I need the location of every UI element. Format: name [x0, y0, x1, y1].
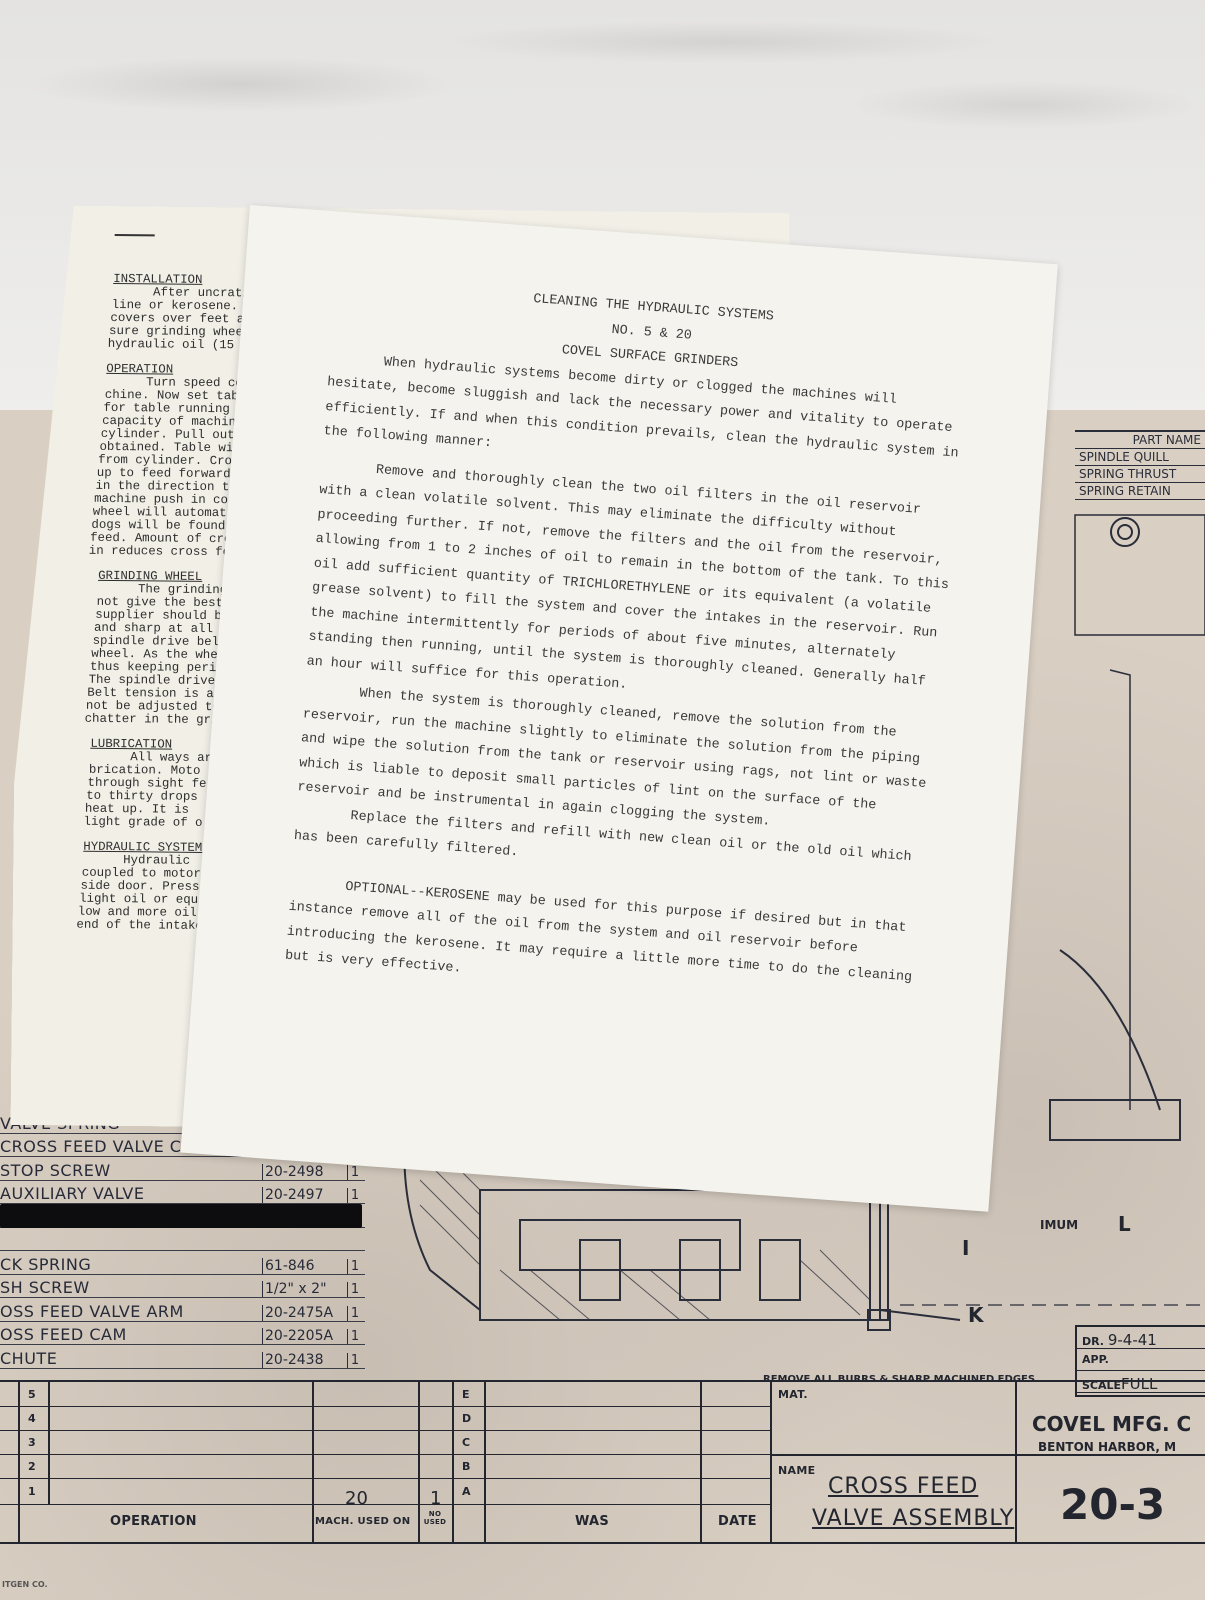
no-used-label: NO USED [420, 1510, 450, 1526]
cleaning-body: CLEANING THE HYDRAULIC SYSTEMS NO. 5 & 2… [284, 273, 973, 1015]
part-number: 20-2475A [262, 1305, 347, 1321]
rev-number: 3 [28, 1436, 36, 1449]
was-label: WAS [575, 1514, 609, 1529]
table-row: AUXILIARY VALVE20-24971 [0, 1181, 365, 1205]
mat-label: MAT. [778, 1388, 808, 1401]
rev-number: 2 [28, 1460, 36, 1473]
callout-i: I [962, 1236, 969, 1260]
part-name-list: PART NAME SPINDLE QUILL SPRING THRUST SP… [1075, 430, 1205, 500]
part-qty: 1 [347, 1306, 362, 1321]
drawn-date: DR. 9-4-41 [1077, 1327, 1205, 1349]
table-row: SH SCREW1/2" x 2"1 [0, 1275, 365, 1299]
table-row: CK SPRING61-8461 [0, 1251, 365, 1275]
part-name: OSS FEED VALVE ARM [0, 1302, 262, 1321]
part-qty: 1 [347, 1282, 362, 1297]
dash-mark [115, 234, 155, 236]
redaction-bar [0, 1204, 362, 1228]
mach-used-on-value: 20 [345, 1488, 368, 1509]
company-location: BENTON HARBOR, M [1038, 1440, 1176, 1454]
callout-mum: IMUM [1040, 1218, 1078, 1232]
rev-letter: E [462, 1388, 470, 1401]
part-qty: 1 [347, 1329, 362, 1344]
no-used-value: 1 [430, 1488, 441, 1509]
date-label: DATE [718, 1514, 757, 1529]
part-number: 20-2438 [262, 1352, 347, 1368]
part-number: 1/2" x 2" [262, 1281, 347, 1297]
rev-letter: D [462, 1412, 471, 1425]
operation-label: OPERATION [110, 1514, 197, 1529]
part-number: 20-2205A [262, 1328, 347, 1344]
part-number: 61-846 [262, 1258, 347, 1274]
rev-letter: C [462, 1436, 470, 1449]
rev-number: 5 [28, 1388, 36, 1401]
table-row: OSS FEED VALVE ARM20-2475A1 [0, 1298, 365, 1322]
part-name: AUXILIARY VALVE [0, 1184, 262, 1203]
mach-used-on-label: MACH. USED ON [315, 1516, 410, 1527]
part-item: SPINDLE QUILL [1075, 449, 1205, 466]
callout-l: L [1118, 1212, 1131, 1236]
part-qty: 1 [347, 1259, 362, 1274]
table-row: OSS FEED CAM20-2205A1 [0, 1322, 365, 1346]
part-name: CHUTE [0, 1349, 262, 1368]
name-label: NAME [778, 1464, 815, 1477]
callout-k: K [968, 1303, 984, 1327]
part-item: SPRING THRUST [1075, 466, 1205, 483]
part-name: CK SPRING [0, 1255, 262, 1274]
part-qty: 1 [347, 1188, 362, 1203]
part-name: SH SCREW [0, 1278, 262, 1297]
rev-number: 1 [28, 1485, 36, 1498]
part-qty: 1 [347, 1353, 362, 1368]
part-number: 20-2498 [262, 1164, 347, 1180]
paragraph: Remove and thoroughly clean the two oil … [306, 454, 960, 721]
company-name: COVEL MFG. C [1032, 1412, 1191, 1436]
part-name: STOP SCREW [0, 1161, 262, 1180]
drawing-number: 20-3 [1060, 1480, 1165, 1529]
table-row: CHUTE20-24381 [0, 1345, 365, 1369]
part-name-header: PART NAME [1075, 430, 1205, 449]
rev-number: 4 [28, 1412, 36, 1425]
approved: APP. [1077, 1349, 1205, 1371]
cleaning-sheet: CLEANING THE HYDRAULIC SYSTEMS NO. 5 & 2… [180, 205, 1057, 1212]
part-number: 20-2497 [262, 1187, 347, 1203]
rev-letter: A [462, 1485, 471, 1498]
title-block: 5 4 3 2 1 E D C B A OPERATION MACH. USED… [0, 1380, 1205, 1544]
table-row [0, 1228, 365, 1252]
part-title-line2: VALVE ASSEMBLY [812, 1506, 1014, 1531]
part-title-line1: CROSS FEED [828, 1474, 978, 1499]
maker-stamp: ITGEN CO. [2, 1580, 47, 1589]
part-qty: 1 [347, 1165, 362, 1180]
rev-letter: B [462, 1460, 470, 1473]
part-name: OSS FEED CAM [0, 1325, 262, 1344]
part-item: SPRING RETAIN [1075, 483, 1205, 500]
